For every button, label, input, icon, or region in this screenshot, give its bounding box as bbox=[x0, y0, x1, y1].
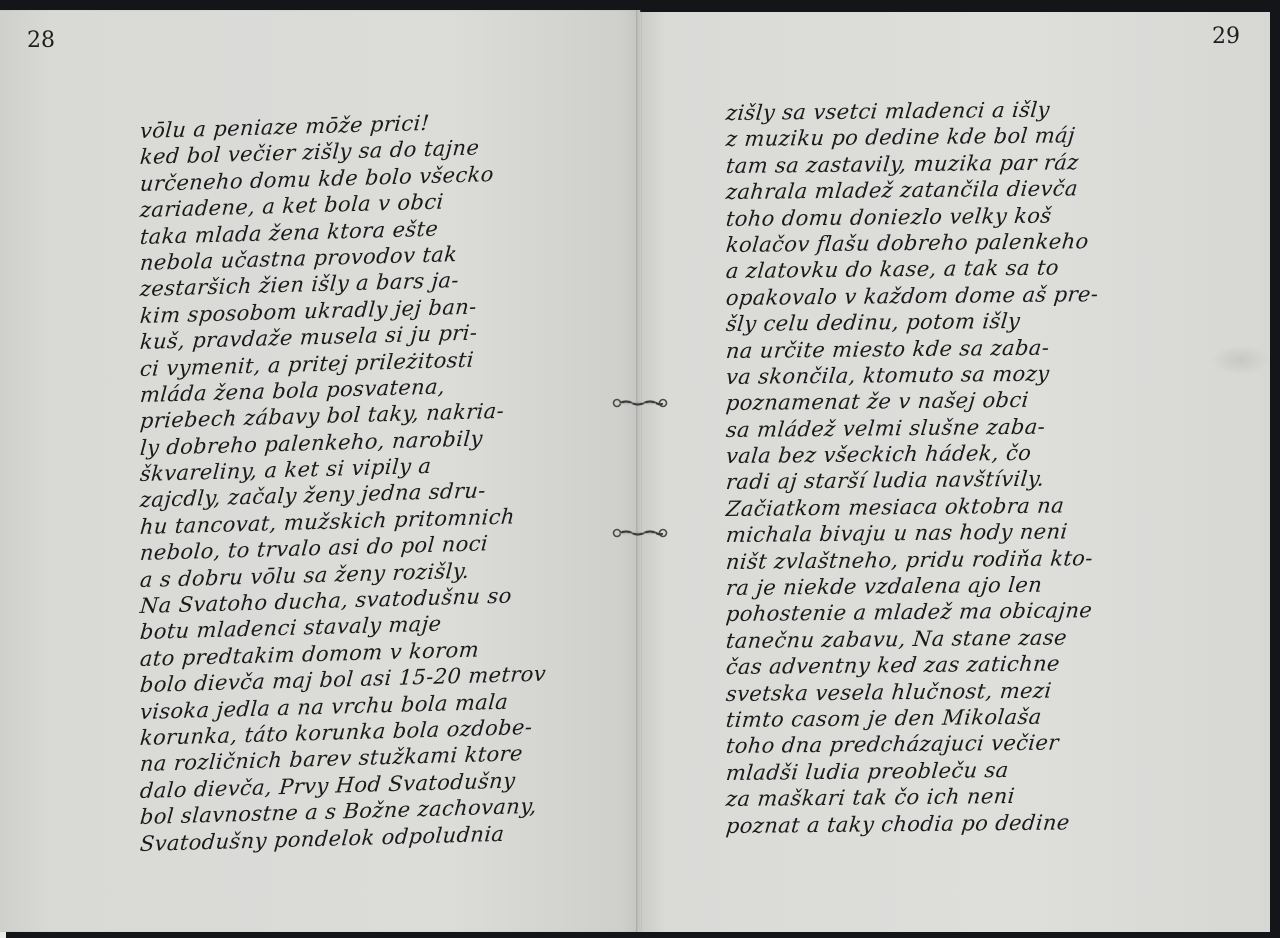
handwritten-text-left: vōlu a peniaze mōže prici! ked bol večie… bbox=[140, 118, 580, 857]
binding-staple-upper-icon bbox=[612, 398, 668, 408]
book-spine bbox=[636, 10, 642, 932]
left-page: 28 vōlu a peniaze mōže prici! ked bol ve… bbox=[0, 10, 640, 932]
page-number-left: 28 bbox=[27, 28, 55, 53]
handwritten-text-right: zišly sa vsetci mladenci a išly z muziku… bbox=[726, 100, 1166, 839]
text-line: michala bivaju u nas hody neni bbox=[725, 518, 1167, 549]
binding-staple-lower-icon bbox=[612, 528, 668, 538]
text-line: poznamenat že v našej obci bbox=[725, 386, 1167, 417]
text-line: za maškari tak čo ich neni bbox=[725, 782, 1167, 813]
book-spread: 28 vōlu a peniaze mōže prici! ked bol ve… bbox=[0, 0, 1280, 938]
text-line: poznat a taky chodia po dedine bbox=[725, 808, 1167, 839]
right-page: 29 zišly sa vsetci mladenci a išly z muz… bbox=[640, 12, 1270, 932]
ink-bleed-through bbox=[1210, 345, 1270, 375]
text-line: šly celu dedinu, potom išly bbox=[725, 307, 1167, 338]
text-line: zahrala mladež zatančila dievča bbox=[725, 175, 1167, 206]
page-number-right: 29 bbox=[1212, 24, 1240, 49]
text-line: čas adventny ked zas zatichne bbox=[725, 650, 1167, 681]
